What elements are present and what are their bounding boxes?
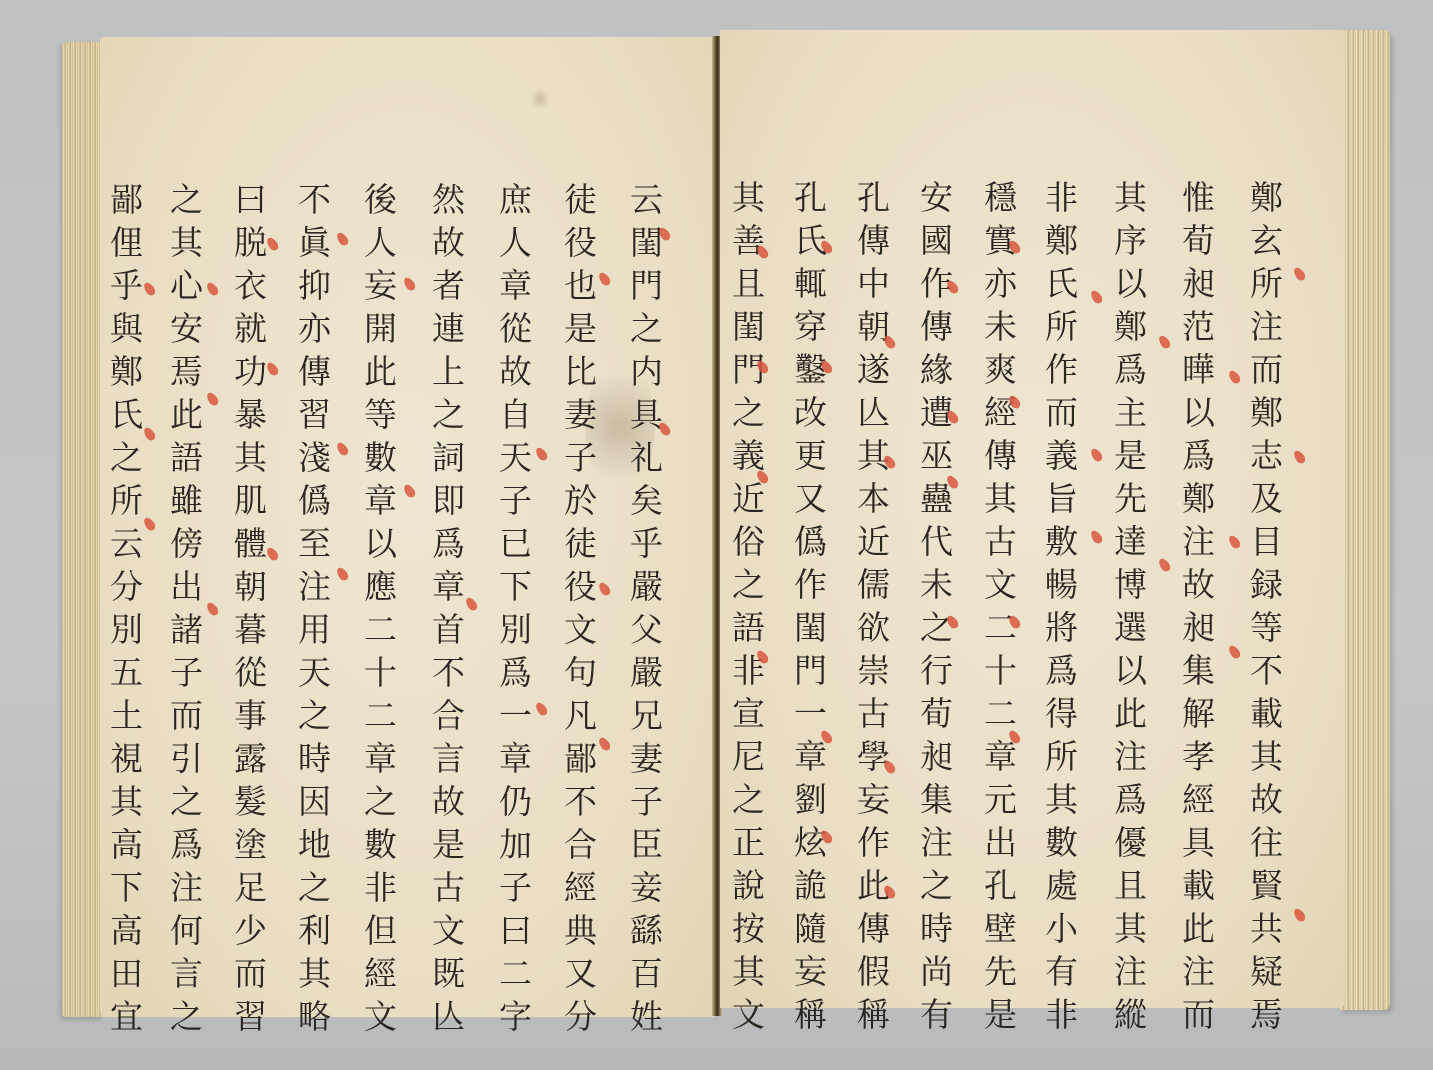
punctuation-mark	[534, 446, 549, 463]
punctuation-mark	[1227, 534, 1242, 551]
left-column-2: 徒役也是比妻子於徒役文句凡鄙不合經典又分	[562, 182, 595, 1042]
punctuation-mark	[142, 281, 157, 298]
punctuation-mark	[205, 281, 220, 298]
right-column-8: 孔氏輒穿鑿改更又僞作閨門一章劉炫詭隨妄稱	[792, 180, 825, 1040]
left-column-5: 後人妄開此等數章以應二十二章之數非但經文	[362, 182, 395, 1042]
punctuation-mark	[1089, 529, 1104, 546]
right-column-5: 穩實亦未爽經傳其古文二十二章元出孔壁先是	[982, 180, 1015, 1040]
punctuation-mark	[142, 426, 157, 443]
left-column-7: 曰脱衣就功暴其肌體朝暮從事露髮塗足少而習	[232, 182, 265, 1042]
right-page-edges	[1340, 30, 1390, 1010]
punctuation-mark	[402, 483, 417, 500]
punctuation-mark	[534, 701, 549, 718]
punctuation-mark	[597, 271, 612, 288]
left-page: 云閨門之内具礼矣乎嚴父嚴兄妻子臣妾繇百姓 徒役也是比妻子於徒役文句凡鄙不合經典又…	[100, 37, 714, 1017]
punctuation-mark	[1227, 369, 1242, 386]
right-column-4: 非鄭氏所作而義旨敷暢將爲得所其數處小有非	[1043, 180, 1076, 1040]
right-column-3: 其序以鄭爲主是先達博選以此注爲優且其注縱	[1112, 180, 1145, 1040]
punctuation-mark	[1157, 334, 1172, 351]
left-column-8: 之其心安焉此語雖傍出諸子而引之爲注何言之	[168, 182, 201, 1042]
left-column-9: 鄙俚乎與鄭氏之所云分別五土視其高下高田宜	[108, 182, 141, 1042]
punctuation-mark	[1227, 644, 1242, 661]
punctuation-mark	[597, 736, 612, 753]
punctuation-mark	[464, 596, 479, 613]
left-column-1: 云閨門之内具礼矣乎嚴父嚴兄妻子臣妾繇百姓	[628, 182, 661, 1042]
punctuation-mark	[1157, 557, 1172, 574]
left-column-4: 然故者連上之詞即爲章首不合言故是古文既亾	[430, 182, 463, 1042]
right-column-7: 孔傳中朝遂亾其本近儒欲崇古學妄作此傳假稱	[855, 180, 888, 1040]
right-page: 鄭玄所注而鄭志及目録等不載其故往賢共疑焉 惟荀昶范曄以爲鄭注故昶集解孝經具載此注…	[720, 30, 1345, 1008]
left-column-3: 庶人章從故自天子已下別爲一章仍加子曰二字	[497, 182, 530, 1042]
right-column-9: 其善且閨門之義近俗之語非宣尼之正說按其文	[730, 180, 763, 1040]
right-column-1: 鄭玄所注而鄭志及目録等不載其故往賢共疑焉	[1248, 180, 1281, 1040]
punctuation-mark	[402, 276, 417, 293]
punctuation-mark	[335, 231, 350, 248]
punctuation-mark	[335, 441, 350, 458]
punctuation-mark	[205, 601, 220, 618]
punctuation-mark	[1089, 289, 1104, 306]
punctuation-mark	[1089, 447, 1104, 464]
punctuation-mark	[335, 566, 350, 583]
paper-stain	[530, 89, 550, 109]
punctuation-mark	[597, 581, 612, 598]
punctuation-mark	[1292, 907, 1307, 924]
punctuation-mark	[1292, 266, 1307, 283]
left-page-edges	[62, 42, 104, 1017]
punctuation-mark	[205, 391, 220, 408]
punctuation-mark	[1292, 449, 1307, 466]
right-column-2: 惟荀昶范曄以爲鄭注故昶集解孝經具載此注而	[1180, 180, 1213, 1040]
left-column-6: 不眞抑亦傳習淺僞至注用天之時因地之利其略	[296, 182, 329, 1042]
punctuation-mark	[142, 516, 157, 533]
open-book: 云閨門之内具礼矣乎嚴父嚴兄妻子臣妾繇百姓 徒役也是比妻子於徒役文句凡鄙不合經典又…	[0, 0, 1433, 1070]
right-column-6: 安國作傳緣遭巫蠱代未之行荀昶集注之時尚有	[918, 180, 951, 1040]
